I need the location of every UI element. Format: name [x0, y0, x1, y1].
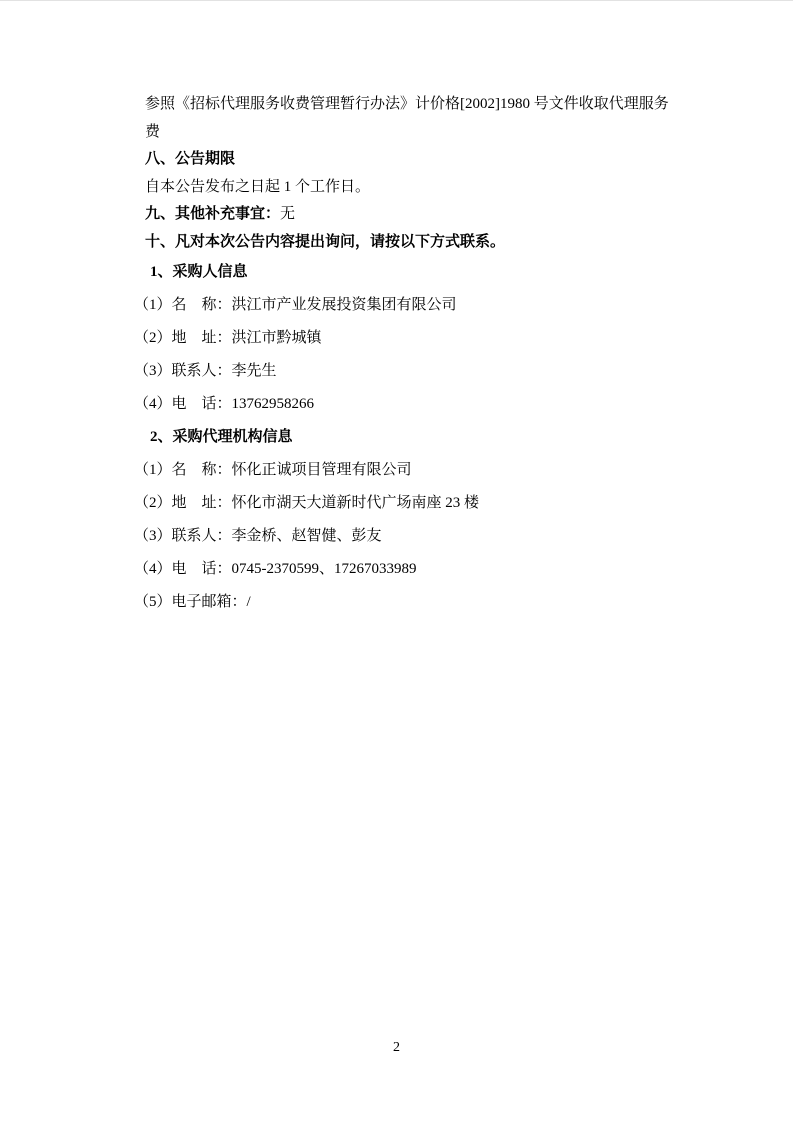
purchaser-section-title: 1、采购人信息 [150, 256, 793, 289]
purchaser-contact-line: （3）联系人：李先生 [134, 355, 793, 388]
agency-contact-line: （3）联系人：李金桥、赵智健、彭友 [134, 520, 793, 553]
agency-section-title: 2、采购代理机构信息 [150, 421, 793, 454]
announcement-period-text: 自本公告发布之日起 1 个工作日。 [145, 174, 673, 202]
section-9-line: 九、其他补充事宜：无 [145, 201, 673, 229]
agency-name-line: （1）名 称：怀化正诚项目管理有限公司 [134, 454, 793, 487]
agency-address-line: （2）地 址：怀化市湖天大道新时代广场南座 23 楼 [134, 487, 793, 520]
document-text-block: 参照《招标代理服务收费管理暂行办法》计价格[2002]1980 号文件收取代理服… [0, 91, 793, 619]
agency-phone-line: （4）电 话：0745-2370599、17267033989 [134, 553, 793, 586]
section-8-heading: 八、公告期限 [145, 146, 673, 174]
page-number: 2 [0, 1039, 793, 1057]
intro-paragraph: 参照《招标代理服务收费管理暂行办法》计价格[2002]1980 号文件收取代理服… [145, 91, 673, 146]
section-9-value: 无 [280, 206, 295, 222]
agency-email-line: （5）电子邮箱：/ [134, 586, 793, 619]
purchaser-name-line: （1）名 称：洪江市产业发展投资集团有限公司 [134, 289, 793, 322]
section-10-heading: 十、凡对本次公告内容提出询问，请按以下方式联系。 [145, 229, 673, 257]
purchaser-phone-line: （4）电 话：13762958266 [134, 388, 793, 421]
purchaser-address-line: （2）地 址：洪江市黔城镇 [134, 322, 793, 355]
document-page: 参照《招标代理服务收费管理暂行办法》计价格[2002]1980 号文件收取代理服… [0, 0, 793, 1122]
section-9-heading: 九、其他补充事宜： [145, 206, 280, 222]
